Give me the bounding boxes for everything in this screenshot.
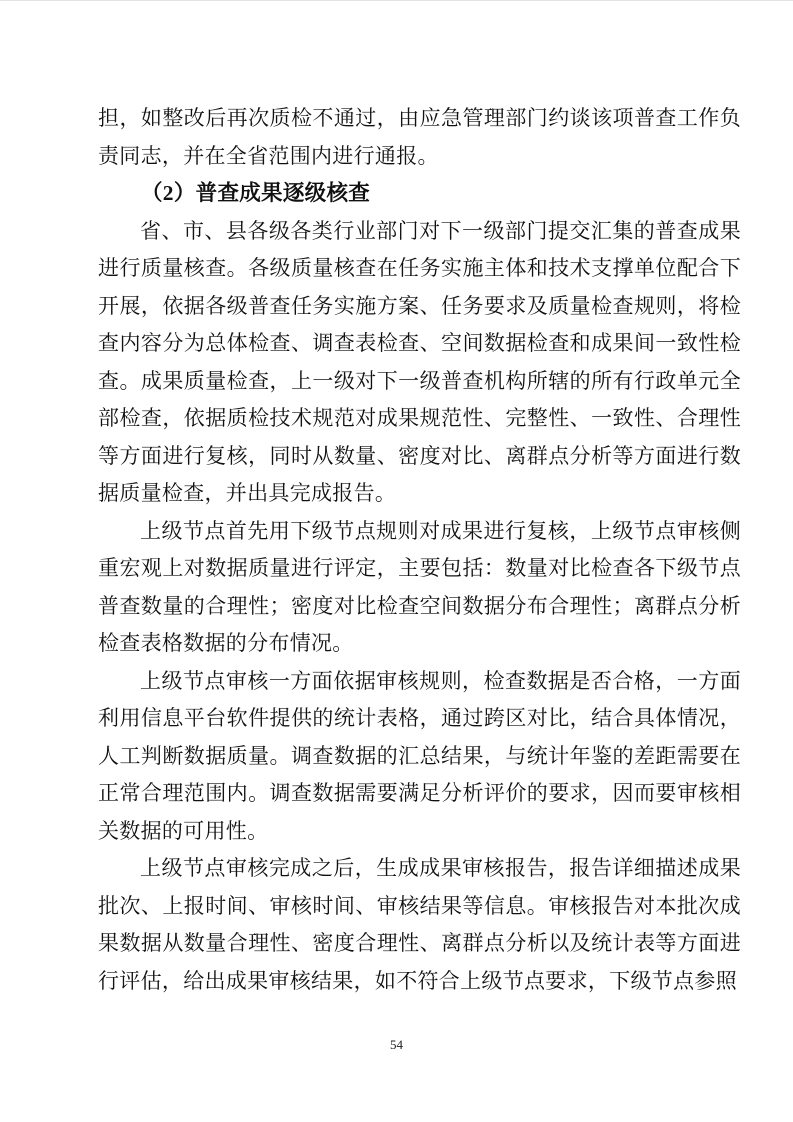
body-paragraph: 上级节点审核一方面依据审核规则，检查数据是否合格，一方面利用信息平台软件提供的统… xyxy=(98,663,741,851)
page-content: 担，如整改后再次质检不通过，由应急管理部门约谈该项普查工作负责同志，并在全省范围… xyxy=(98,100,741,1000)
body-paragraph: 上级节点首先用下级节点规则对成果进行复核，上级节点审核侧重宏观上对数据质量进行评… xyxy=(98,513,741,663)
page-number: 54 xyxy=(390,1037,403,1052)
paragraph-continuation: 担，如整改后再次质检不通过，由应急管理部门约谈该项普查工作负责同志，并在全省范围… xyxy=(98,100,741,175)
document-page: 担，如整改后再次质检不通过，由应急管理部门约谈该项普查工作负责同志，并在全省范围… xyxy=(0,0,793,1122)
body-paragraph: 省、市、县各级各类行业部门对下一级部门提交汇集的普查成果进行质量核查。各级质量核… xyxy=(98,213,741,513)
page-footer: 54 xyxy=(0,1036,793,1054)
section-heading: （2）普查成果逐级核查 xyxy=(98,175,741,213)
body-paragraph: 上级节点审核完成之后，生成成果审核报告，报告详细描述成果批次、上报时间、审核时间… xyxy=(98,850,741,1000)
page-top-edge-line xyxy=(0,0,793,1)
